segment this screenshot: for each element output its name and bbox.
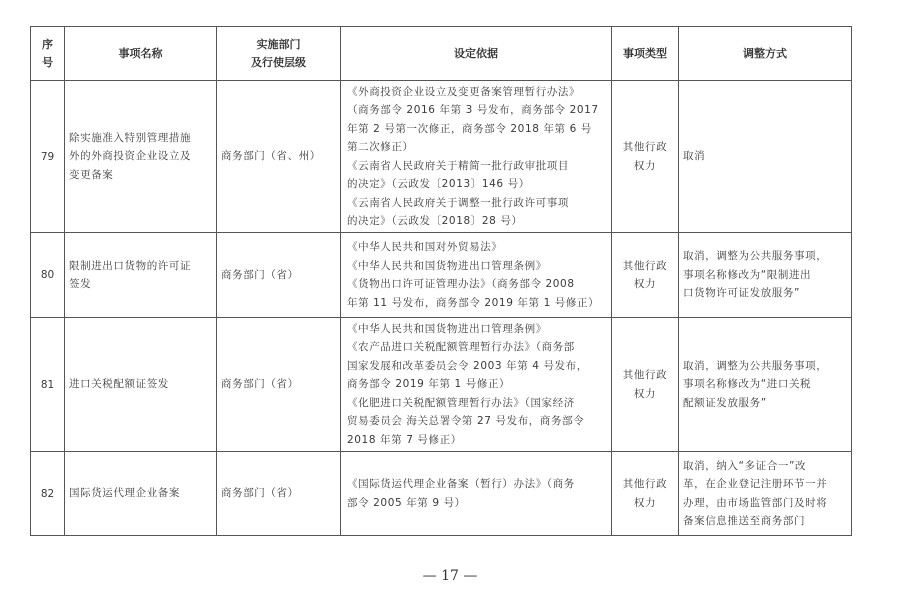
row-name: 进口关税配额证签发: [65, 318, 217, 452]
table-row: 81 进口关税配额证签发 商务部门（省） 《中华人民共和国货物进出口管理条例》 …: [31, 318, 852, 452]
header-index: 序 号: [31, 27, 65, 81]
table-row: 80 限制进出口货物的许可证 签发 商务部门（省） 《中华人民共和国对外贸易法》…: [31, 233, 852, 318]
row-adjust: 取消，纳入“多证合一”改 革，在企业登记注册环节一并 办理，由市场监管部门及时将…: [679, 452, 852, 536]
header-name: 事项名称: [65, 27, 217, 81]
header-type: 事项类型: [612, 27, 679, 81]
row-adjust: 取消: [679, 81, 852, 233]
table-row: 79 除实施准入特别管理措施 外的外商投资企业设立及 变更备案 商务部门（省、州…: [31, 81, 852, 233]
row-type: 其他行政 权力: [612, 233, 679, 318]
row-name: 国际货运代理企业备案: [65, 452, 217, 536]
row-name: 除实施准入特别管理措施 外的外商投资企业设立及 变更备案: [65, 81, 217, 233]
row-index: 79: [31, 81, 65, 233]
row-dept: 商务部门（省）: [217, 233, 341, 318]
row-index: 82: [31, 452, 65, 536]
row-adjust: 取消，调整为公共服务事项， 事项名称修改为“限制进出 口货物许可证发放服务”: [679, 233, 852, 318]
row-basis: 《外商投资企业设立及变更备案管理暂行办法》 （商务部令 2016 年第 3 号发…: [341, 81, 612, 233]
row-basis: 《中华人民共和国货物进出口管理条例》 《农产品进口关税配额管理暂行办法》（商务部…: [341, 318, 612, 452]
row-basis: 《国际货运代理企业备案（暂行）办法》（商务 部令 2005 年第 9 号）: [341, 452, 612, 536]
row-dept: 商务部门（省）: [217, 452, 341, 536]
row-index: 80: [31, 233, 65, 318]
table-header-row: 序 号 事项名称 实施部门 及行使层级 设定依据 事项类型 调整方式: [31, 27, 852, 81]
row-adjust: 取消，调整为公共服务事项， 事项名称修改为“进口关税 配额证发放服务”: [679, 318, 852, 452]
row-type: 其他行政 权力: [612, 318, 679, 452]
row-basis: 《中华人民共和国对外贸易法》 《中华人民共和国货物进出口管理条例》 《货物出口许…: [341, 233, 612, 318]
header-adjust: 调整方式: [679, 27, 852, 81]
row-type: 其他行政 权力: [612, 81, 679, 233]
header-basis: 设定依据: [341, 27, 612, 81]
row-name: 限制进出口货物的许可证 签发: [65, 233, 217, 318]
header-dept: 实施部门 及行使层级: [217, 27, 341, 81]
row-dept: 商务部门（省）: [217, 318, 341, 452]
page-number: — 17 —: [0, 568, 900, 584]
row-index: 81: [31, 318, 65, 452]
row-type: 其他行政 权力: [612, 452, 679, 536]
items-table: 序 号 事项名称 实施部门 及行使层级 设定依据 事项类型 调整方式 79 除实…: [30, 26, 852, 536]
row-dept: 商务部门（省、州）: [217, 81, 341, 233]
table-row: 82 国际货运代理企业备案 商务部门（省） 《国际货运代理企业备案（暂行）办法》…: [31, 452, 852, 536]
